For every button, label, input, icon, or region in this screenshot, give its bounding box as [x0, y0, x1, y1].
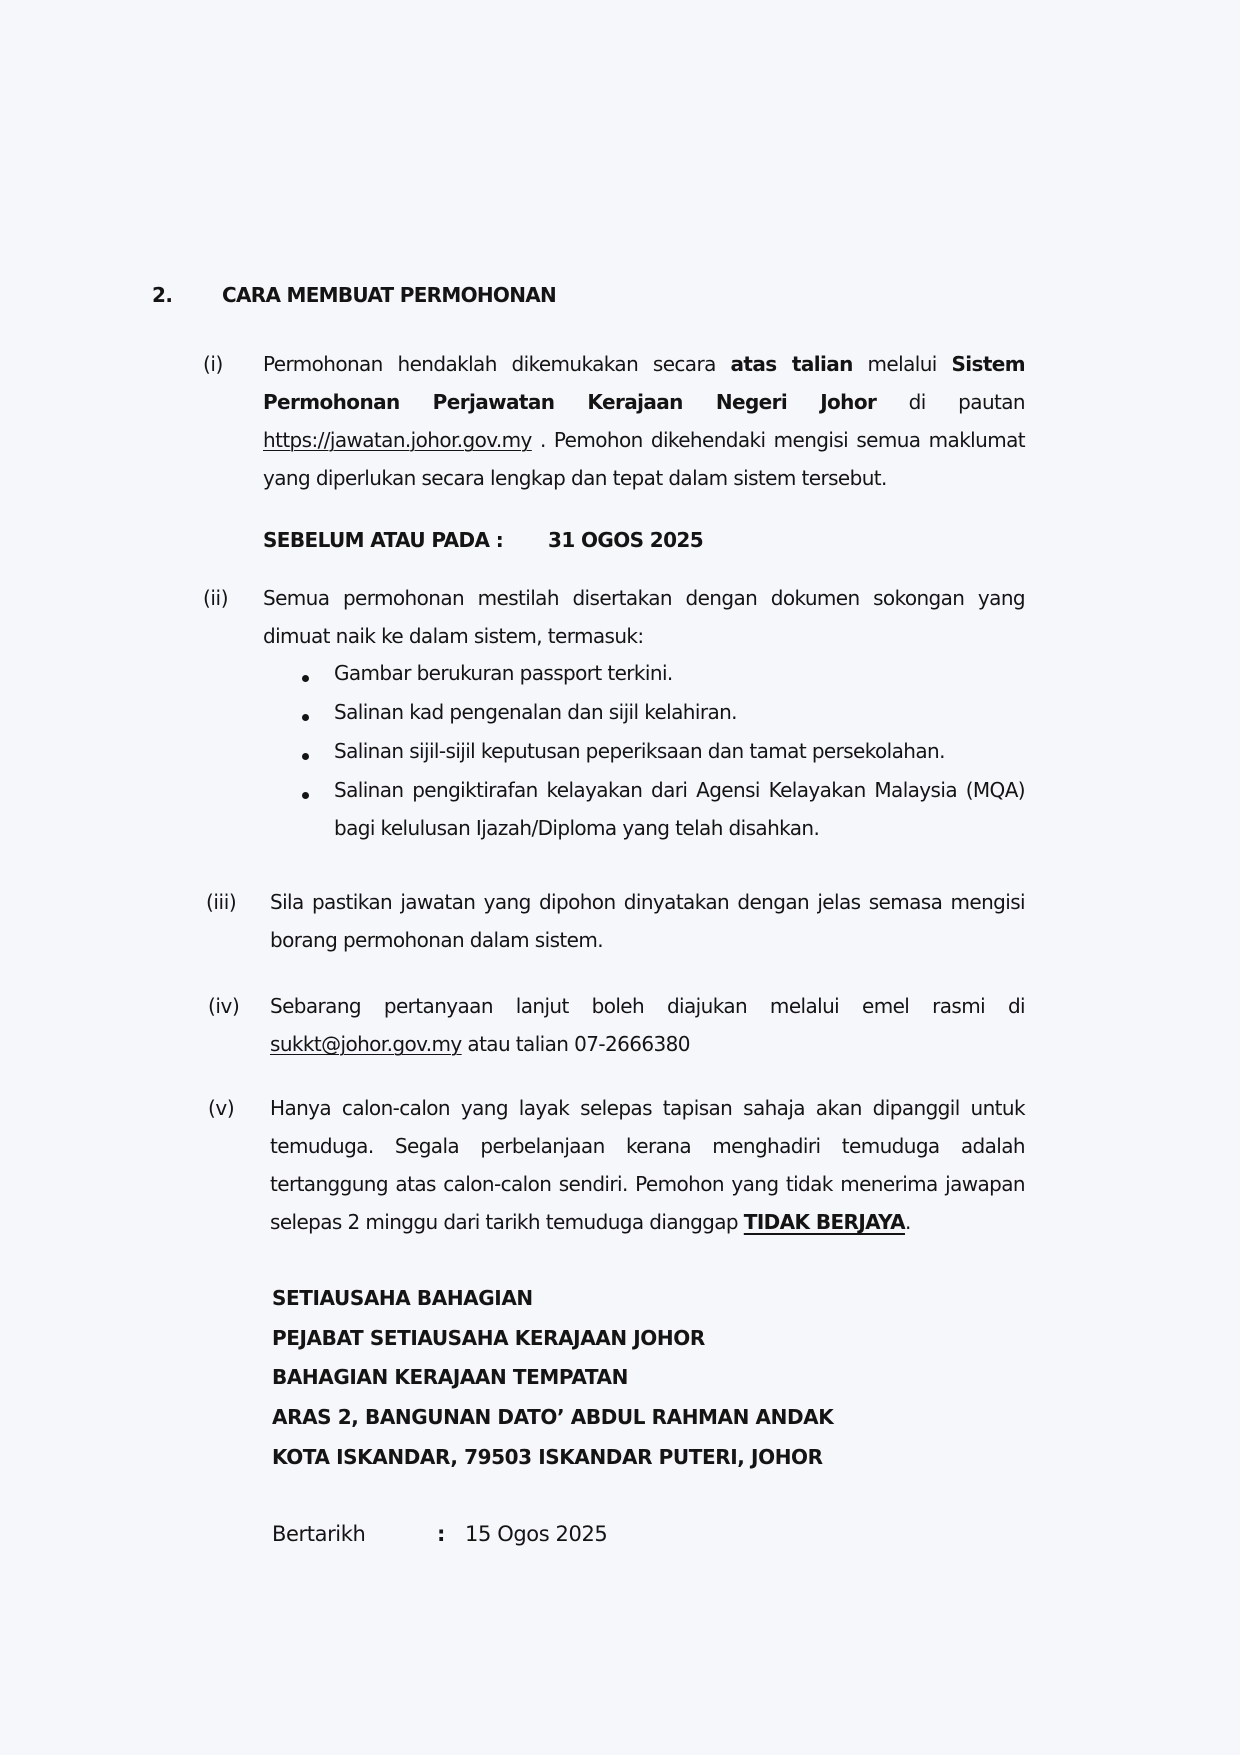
item-v-line-2: temuduga. Segala perbelanjaan kerana men…	[270, 1127, 1025, 1165]
item-i-paragraph: Permohonan hendaklah dikemukakan secara …	[263, 345, 1025, 497]
item-iii-line-2: borang permohonan dalam sistem.	[270, 921, 1025, 959]
text: .	[905, 1210, 911, 1234]
text: selepas 2 minggu dari tarikh temuduga di…	[270, 1210, 744, 1234]
item-iii-marker: (iii)	[206, 890, 236, 914]
document-page: 2. CARA MEMBUAT PERMOHONAN (i) Permohona…	[0, 0, 1240, 1755]
address-line: ARAS 2, BANGUNAN DATO’ ABDUL RAHMAN ANDA…	[272, 1405, 833, 1429]
item-ii-paragraph: Semua permohonan mestilah disertakan den…	[263, 579, 1025, 655]
item-iii-line-1: Sila pastikan jawatan yang dipohon dinya…	[270, 883, 1025, 921]
address-line: BAHAGIAN KERAJAAN TEMPATAN	[272, 1365, 628, 1389]
item-i-line-4: yang diperlukan secara lengkap dan tepat…	[263, 459, 1025, 497]
section-number: 2.	[152, 283, 173, 307]
item-v-line-4: selepas 2 minggu dari tarikh temuduga di…	[270, 1203, 1025, 1241]
text: . Pemohon dikehendaki mengisi semua makl…	[532, 428, 1025, 452]
bullet-icon	[302, 753, 309, 760]
contact-email-link[interactable]: sukkt@johor.gov.my	[270, 1032, 462, 1056]
item-i-marker: (i)	[203, 352, 223, 376]
document-list-item: Salinan kad pengenalan dan sijil kelahir…	[334, 693, 737, 731]
text: atau talian 07-2666380	[462, 1032, 690, 1056]
application-portal-link[interactable]: https://jawatan.johor.gov.my	[263, 428, 532, 452]
dated-label: Bertarikh	[272, 1522, 365, 1546]
text: di pautan	[876, 390, 1025, 414]
item-i-line-2: Permohonan Perjawatan Kerajaan Negeri Jo…	[263, 383, 1025, 421]
item-v-line-1: Hanya calon-calon yang layak selepas tap…	[270, 1089, 1025, 1127]
item-ii-line-2: dimuat naik ke dalam sistem, termasuk:	[263, 617, 1025, 655]
address-line: KOTA ISKANDAR, 79503 ISKANDAR PUTERI, JO…	[272, 1445, 823, 1469]
document-list-item: Gambar berukuran passport terkini.	[334, 654, 673, 692]
document-list-item: Salinan pengiktirafan kelayakan dari Age…	[334, 771, 1025, 847]
unsuccessful-emphasis: TIDAK BERJAYA	[744, 1210, 905, 1234]
address-line: SETIAUSAHA BAHAGIAN	[272, 1286, 533, 1310]
system-name-start: Sistem	[951, 352, 1025, 376]
item-i-line-1: Permohonan hendaklah dikemukakan secara …	[263, 345, 1025, 383]
item-v-paragraph: Hanya calon-calon yang layak selepas tap…	[270, 1089, 1025, 1241]
item-iv-line-1: Sebarang pertanyaan lanjut boleh diajuka…	[270, 987, 1025, 1025]
item-v-line-3: tertanggung atas calon-calon sendiri. Pe…	[270, 1165, 1025, 1203]
item-iv-paragraph: Sebarang pertanyaan lanjut boleh diajuka…	[270, 987, 1025, 1063]
bullet-4-line-2: bagi kelulusan Ijazah/Diploma yang telah…	[334, 809, 1025, 847]
dated-value: 15 Ogos 2025	[465, 1522, 607, 1546]
item-v-marker: (v)	[208, 1096, 234, 1120]
bullet-icon	[302, 792, 309, 799]
item-iii-paragraph: Sila pastikan jawatan yang dipohon dinya…	[270, 883, 1025, 959]
item-ii-line-1: Semua permohonan mestilah disertakan den…	[263, 579, 1025, 617]
dated-colon: :	[437, 1522, 445, 1546]
system-name: Permohonan Perjawatan Kerajaan Negeri Jo…	[263, 390, 876, 414]
bullet-icon	[302, 714, 309, 721]
item-iv-line-2: sukkt@johor.gov.my atau talian 07-266638…	[270, 1025, 1025, 1063]
bullet-4-line-1: Salinan pengiktirafan kelayakan dari Age…	[334, 771, 1025, 809]
text: melalui	[853, 352, 952, 376]
item-i-line-3: https://jawatan.johor.gov.my . Pemohon d…	[263, 421, 1025, 459]
document-list-item: Salinan sijil-sijil keputusan peperiksaa…	[334, 732, 945, 770]
address-line: PEJABAT SETIAUSAHA KERAJAAN JOHOR	[272, 1326, 705, 1350]
text: Permohonan hendaklah dikemukakan secara	[263, 352, 730, 376]
deadline-date: 31 OGOS 2025	[548, 528, 703, 552]
section-title: CARA MEMBUAT PERMOHONAN	[222, 283, 556, 307]
deadline-label: SEBELUM ATAU PADA :	[263, 528, 503, 552]
bullet-icon	[302, 675, 309, 682]
online-emphasis: atas talian	[730, 352, 852, 376]
item-ii-marker: (ii)	[203, 586, 228, 610]
item-iv-marker: (iv)	[208, 994, 239, 1018]
